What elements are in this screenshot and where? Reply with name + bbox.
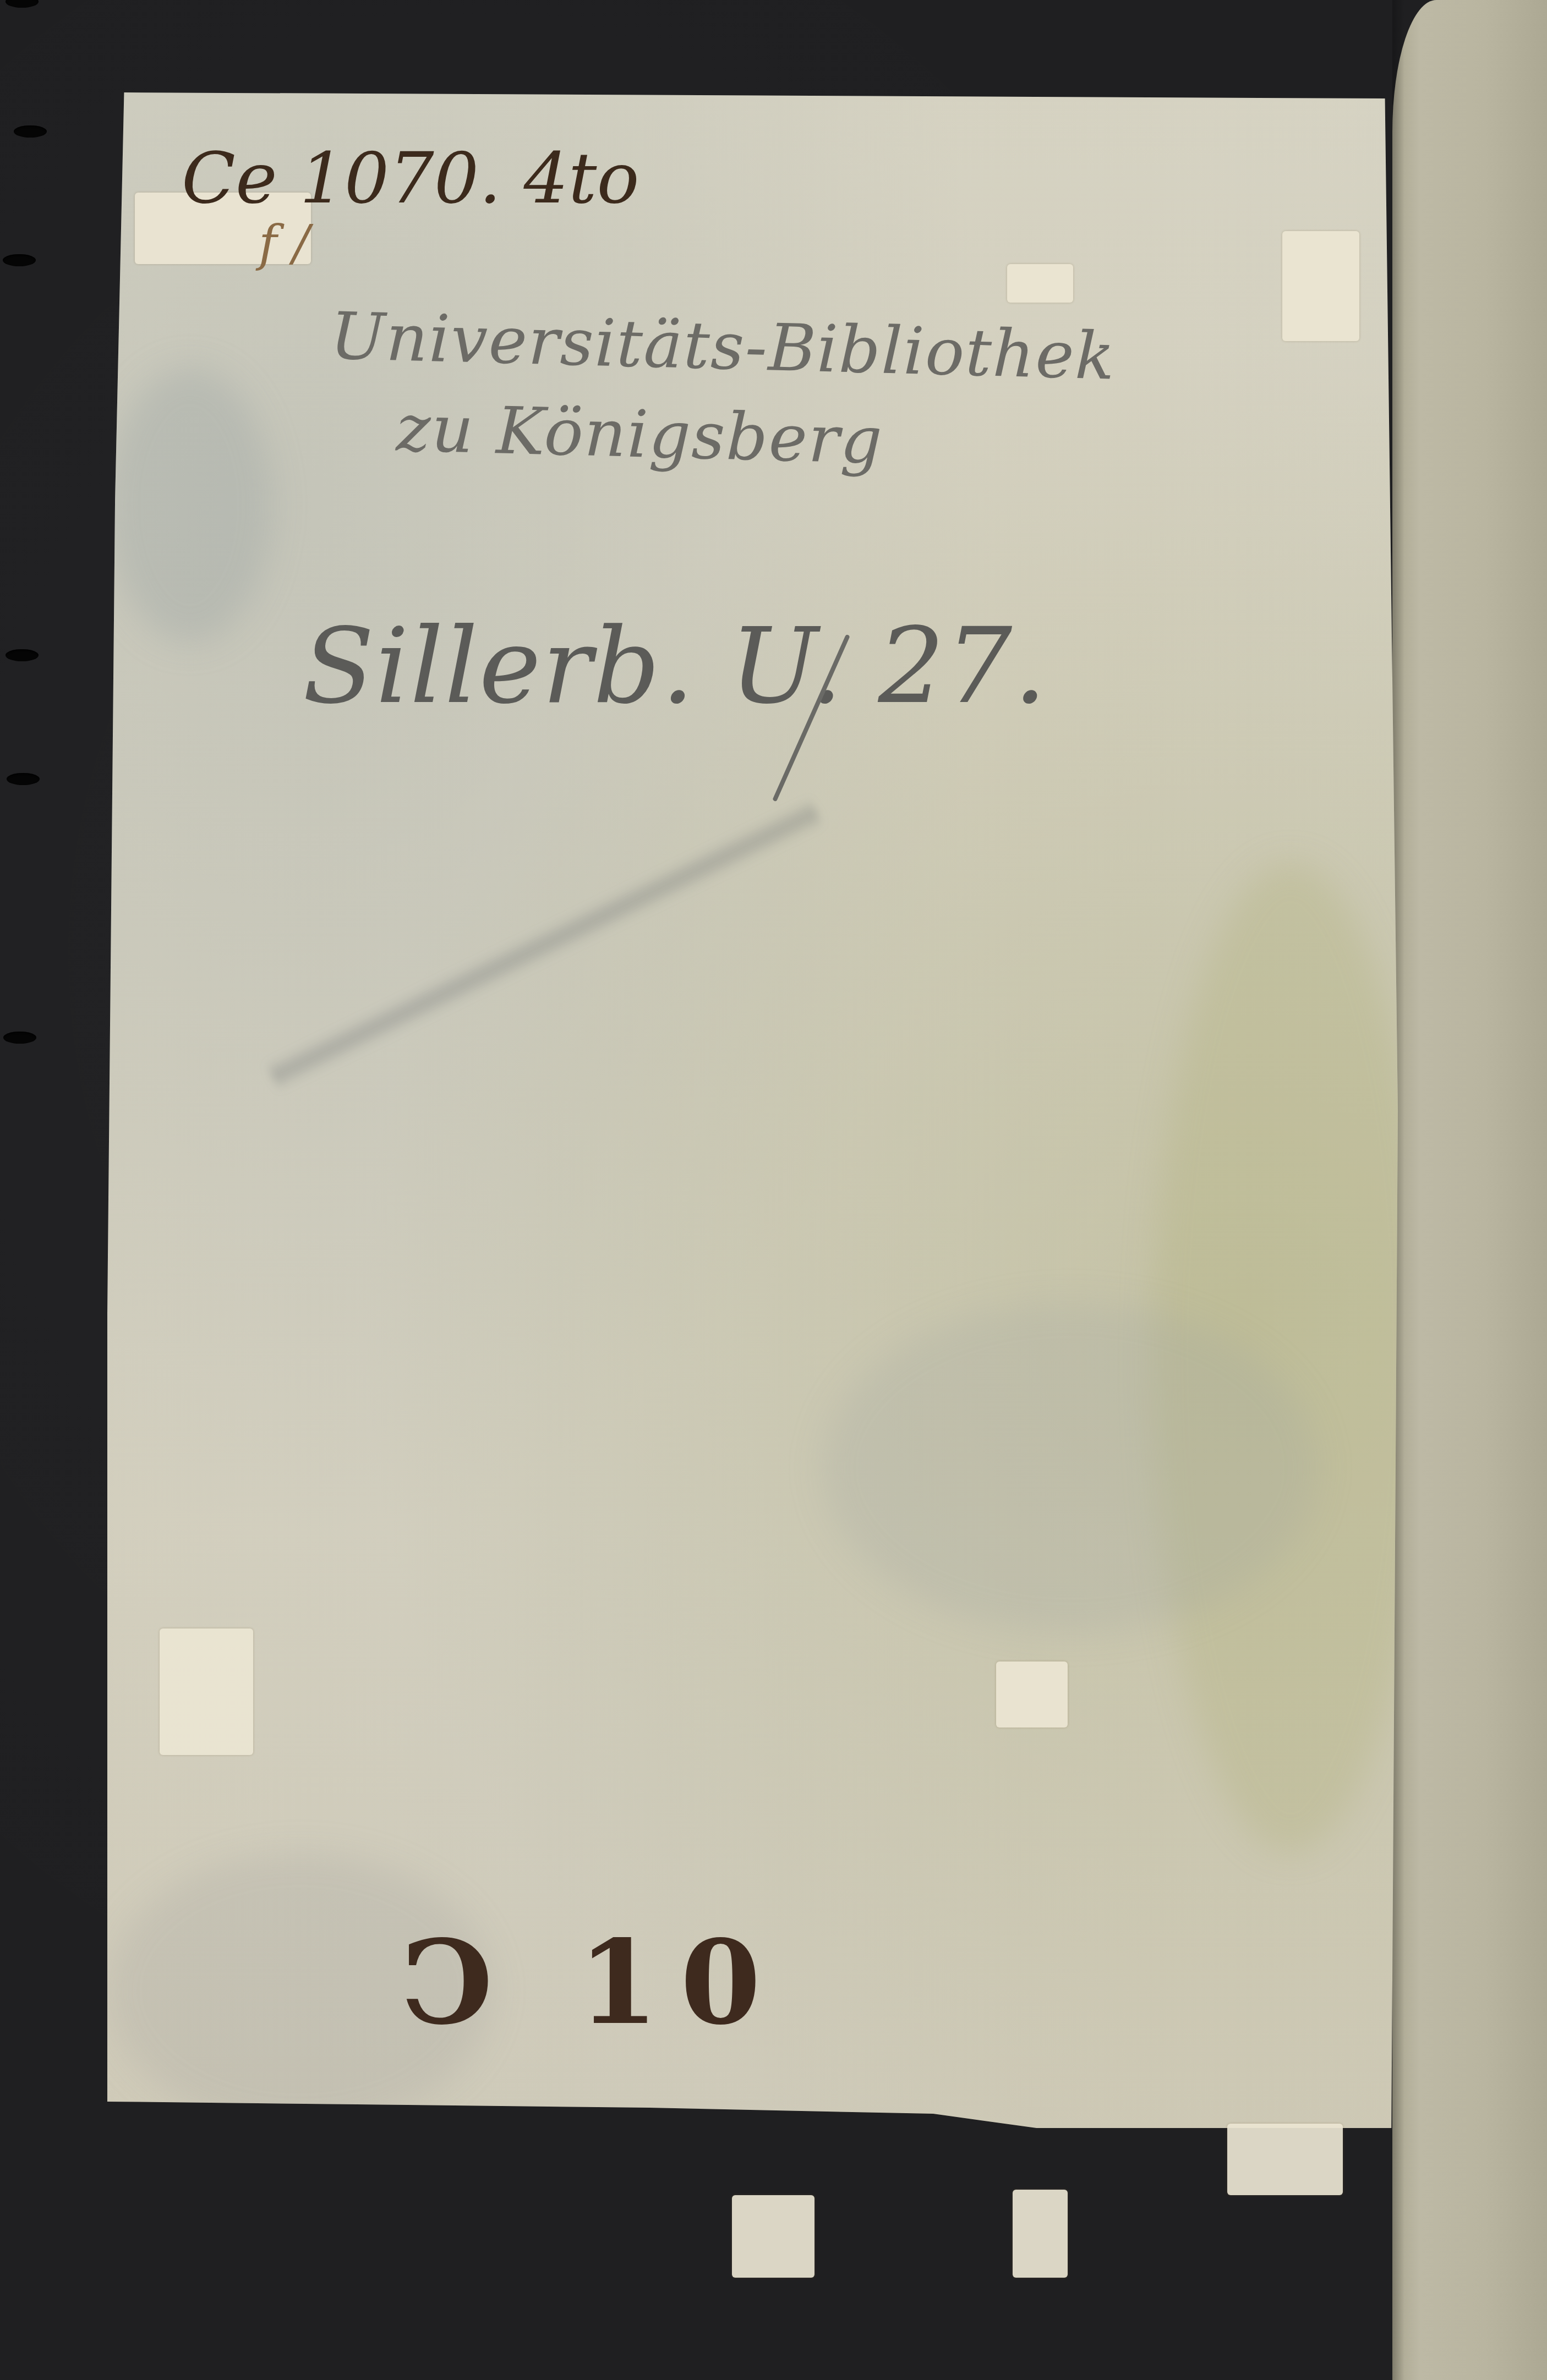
shelfmark-ink-sub: f / <box>259 215 309 272</box>
repair-patch <box>160 1628 253 1755</box>
crease <box>265 797 824 1092</box>
repair-patch <box>996 1661 1068 1728</box>
shelfmark-pencil: Sillerb. U. 27. <box>303 605 1048 727</box>
stain <box>823 1303 1318 1633</box>
repair-patch <box>1013 2190 1068 2278</box>
repair-patch <box>732 2195 815 2278</box>
binding-hole <box>3 254 36 266</box>
binding-hole <box>3 1032 36 1044</box>
binding-hole <box>7 773 40 785</box>
binding-hole <box>14 125 47 138</box>
binding-hole <box>6 649 39 661</box>
stain <box>107 368 272 643</box>
repair-patch <box>1007 264 1073 303</box>
repair-patch <box>1227 2124 1343 2195</box>
bottom-mark: Ↄ 10 <box>402 1915 783 2050</box>
vellum-leaf <box>107 92 1398 2128</box>
adjacent-leaf-edge <box>1392 0 1547 2380</box>
library-note-line2: zu Königsberg <box>395 390 884 478</box>
shelfmark-ink: Ce 1070. 4to <box>182 138 639 220</box>
repair-patch <box>1282 231 1359 341</box>
